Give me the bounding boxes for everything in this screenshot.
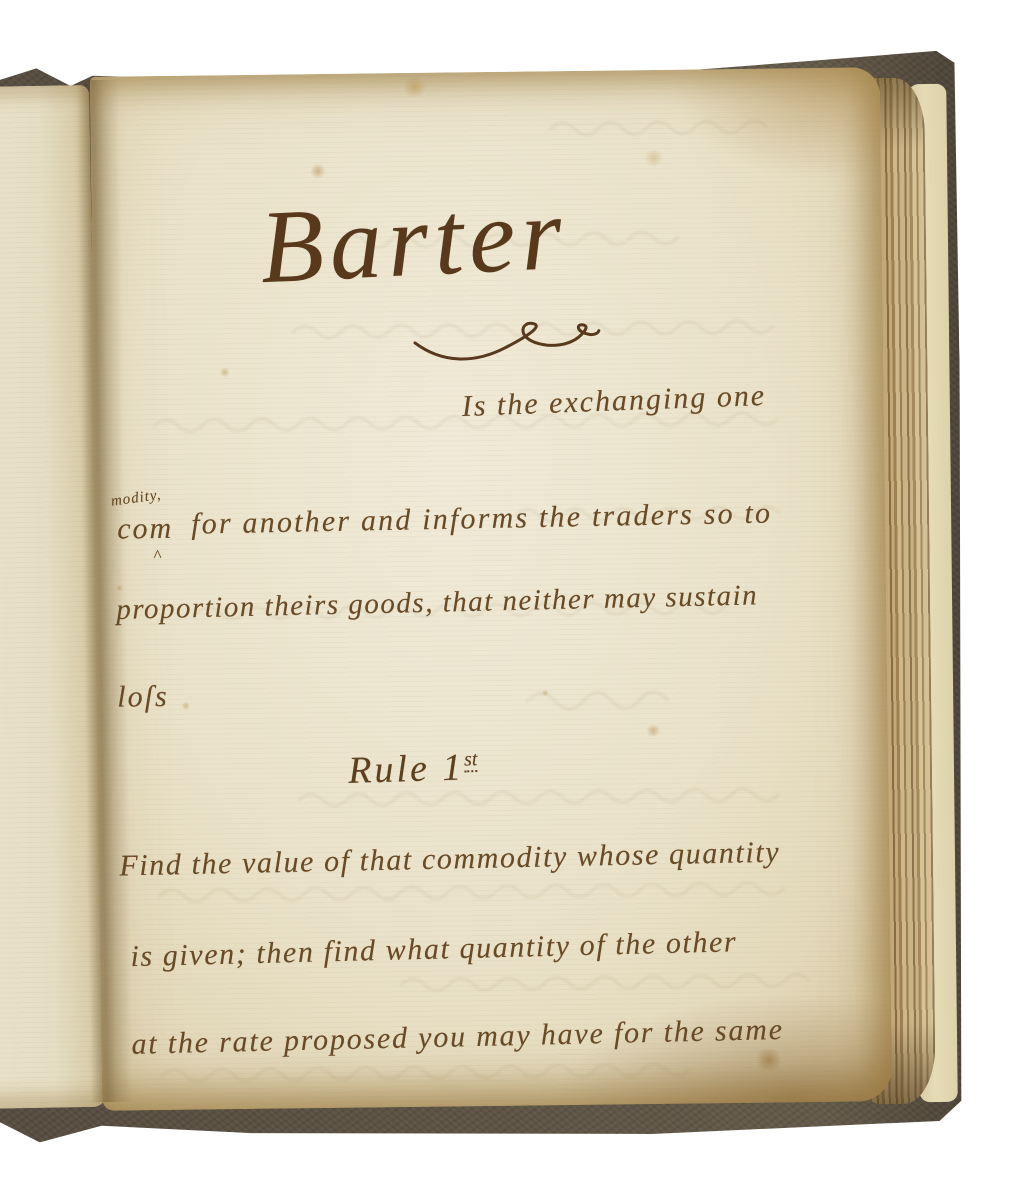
intro-line-4: loſs xyxy=(117,680,169,715)
intro-line-2-prefix: com xyxy=(117,512,173,547)
insertion-caret: ^ xyxy=(153,546,161,566)
page-title: Barter xyxy=(181,170,646,311)
rule-heading-text: Rule 1 xyxy=(348,746,465,791)
manuscript-photo: Barter Is the exchanging one modity, com… xyxy=(0,0,1014,1200)
manuscript-page: Barter Is the exchanging one modity, com… xyxy=(90,67,893,1111)
title-flourish xyxy=(411,317,602,371)
rule-heading: Rule 1st xyxy=(348,745,479,793)
rule-ordinal: st xyxy=(464,748,478,772)
